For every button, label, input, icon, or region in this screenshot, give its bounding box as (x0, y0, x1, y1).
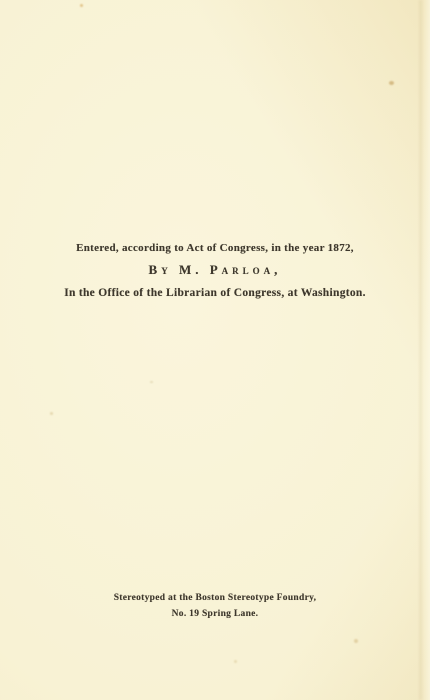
copyright-notice: Entered, according to Act of Congress, i… (0, 241, 430, 300)
foxing-spot (354, 639, 358, 643)
colophon-address-line: No. 19 Spring Lane. (0, 606, 430, 622)
copyright-office-line: In the Office of the Librarian of Congre… (0, 286, 430, 300)
copyright-entered-line: Entered, according to Act of Congress, i… (0, 241, 430, 255)
foxing-spot (389, 81, 394, 85)
printer-colophon: Stereotyped at the Boston Stereotype Fou… (0, 590, 430, 622)
foxing-spot (234, 660, 237, 663)
copyright-author-line: By M. Parloa, (0, 262, 430, 277)
colophon-foundry-line: Stereotyped at the Boston Stereotype Fou… (0, 590, 430, 606)
foxing-spot (50, 412, 53, 415)
book-page: Entered, according to Act of Congress, i… (0, 0, 430, 700)
foxing-spot (80, 4, 83, 7)
foxing-spot (150, 381, 153, 383)
